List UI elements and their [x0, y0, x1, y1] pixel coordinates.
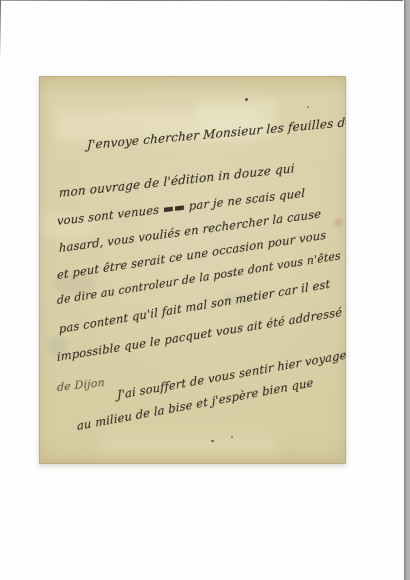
scan-edge-strip: [403, 0, 410, 580]
manuscript-line-9: de Dijon: [57, 376, 105, 394]
letter-photo: J'envoye chercher Monsieur les feuilles …: [0, 0, 410, 580]
ink-speck: [231, 436, 233, 438]
scanned-page: { "letter": { "lines": [ "J'envoye cherc…: [0, 0, 410, 580]
top-border-line: [0, 0, 410, 1]
ink-speck: [307, 106, 309, 108]
manuscript-paper: J'envoye chercher Monsieur les feuilles …: [39, 76, 346, 464]
ink-speck: [245, 98, 248, 101]
paper-stain: [334, 218, 343, 227]
left-border-line: [0, 0, 1, 60]
manuscript-line-1: J'envoye chercher Monsieur les feuilles …: [87, 115, 346, 152]
ink-speck: [211, 440, 214, 442]
paper-crease-patch: [99, 432, 279, 456]
